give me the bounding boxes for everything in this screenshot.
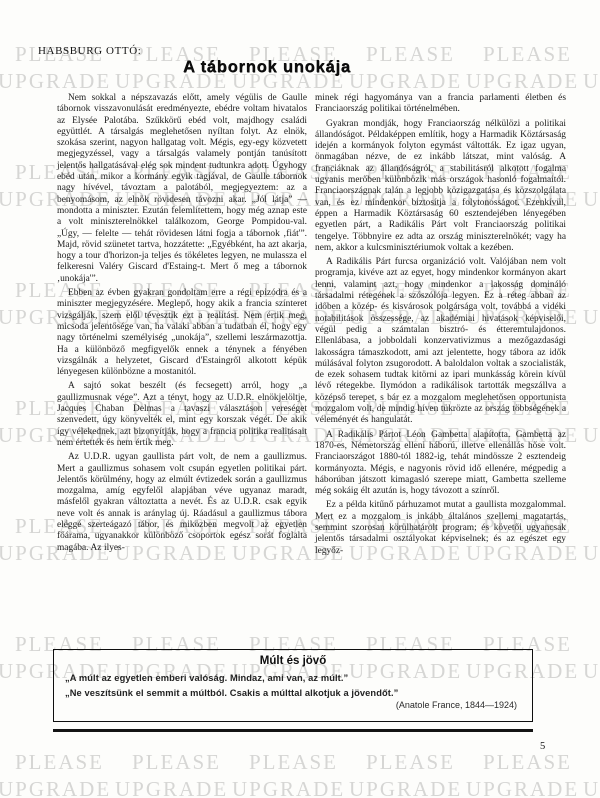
quote-line: „A múlt az egyetlen emberi valóság. Mind…: [65, 673, 521, 683]
author-name: HABSBURG OTTÓ:: [38, 45, 141, 57]
page-title: A tábornok unokája: [183, 58, 351, 77]
paragraph: A Radikális Párt furcsa organizáció volt…: [315, 257, 566, 426]
quote-attribution: (Anatole France, 1844—1924): [65, 700, 521, 710]
paragraph: Nem sokkal a népszavazás előtt, amely vé…: [57, 93, 307, 285]
quote-box: Múlt és jövő „A múlt az egyetlen emberi …: [53, 649, 533, 722]
paragraph: Az U.D.R. ugyan gaullista párt volt, de …: [57, 452, 307, 554]
quote-line: „Ne veszítsünk el semmit a múltból. Csak…: [65, 688, 521, 698]
paragraph: Ez a példa kitűnő párhuzamot mutat a gau…: [315, 500, 566, 556]
page-content: HABSBURG OTTÓ: A tábornok unokája Nem so…: [0, 0, 600, 798]
paragraph-continuation: minek régi hagyománya van a francia parl…: [315, 93, 566, 116]
right-column: minek régi hagyománya van a francia parl…: [315, 93, 566, 560]
paragraph: Gyakran mondják, hogy Franciaország nélk…: [315, 119, 566, 255]
quote-box-title: Múlt és jövő: [65, 655, 521, 667]
paragraph: A Radikális Pártot Léon Gambetta alapíto…: [315, 430, 566, 498]
bottom-rule: [53, 729, 533, 732]
paragraph: Ebben az évben gyakran gondoltam erre a …: [57, 288, 307, 378]
left-column: Nem sokkal a népszavazás előtt, amely vé…: [57, 93, 307, 557]
document-page: PLEASEUPGRADEPLEASEUPGRADEPLEASEUPGRADEP…: [0, 0, 600, 798]
paragraph: A sajtó sokat beszélt (és fecsegett) arr…: [57, 381, 307, 449]
page-number: 5: [540, 741, 545, 752]
